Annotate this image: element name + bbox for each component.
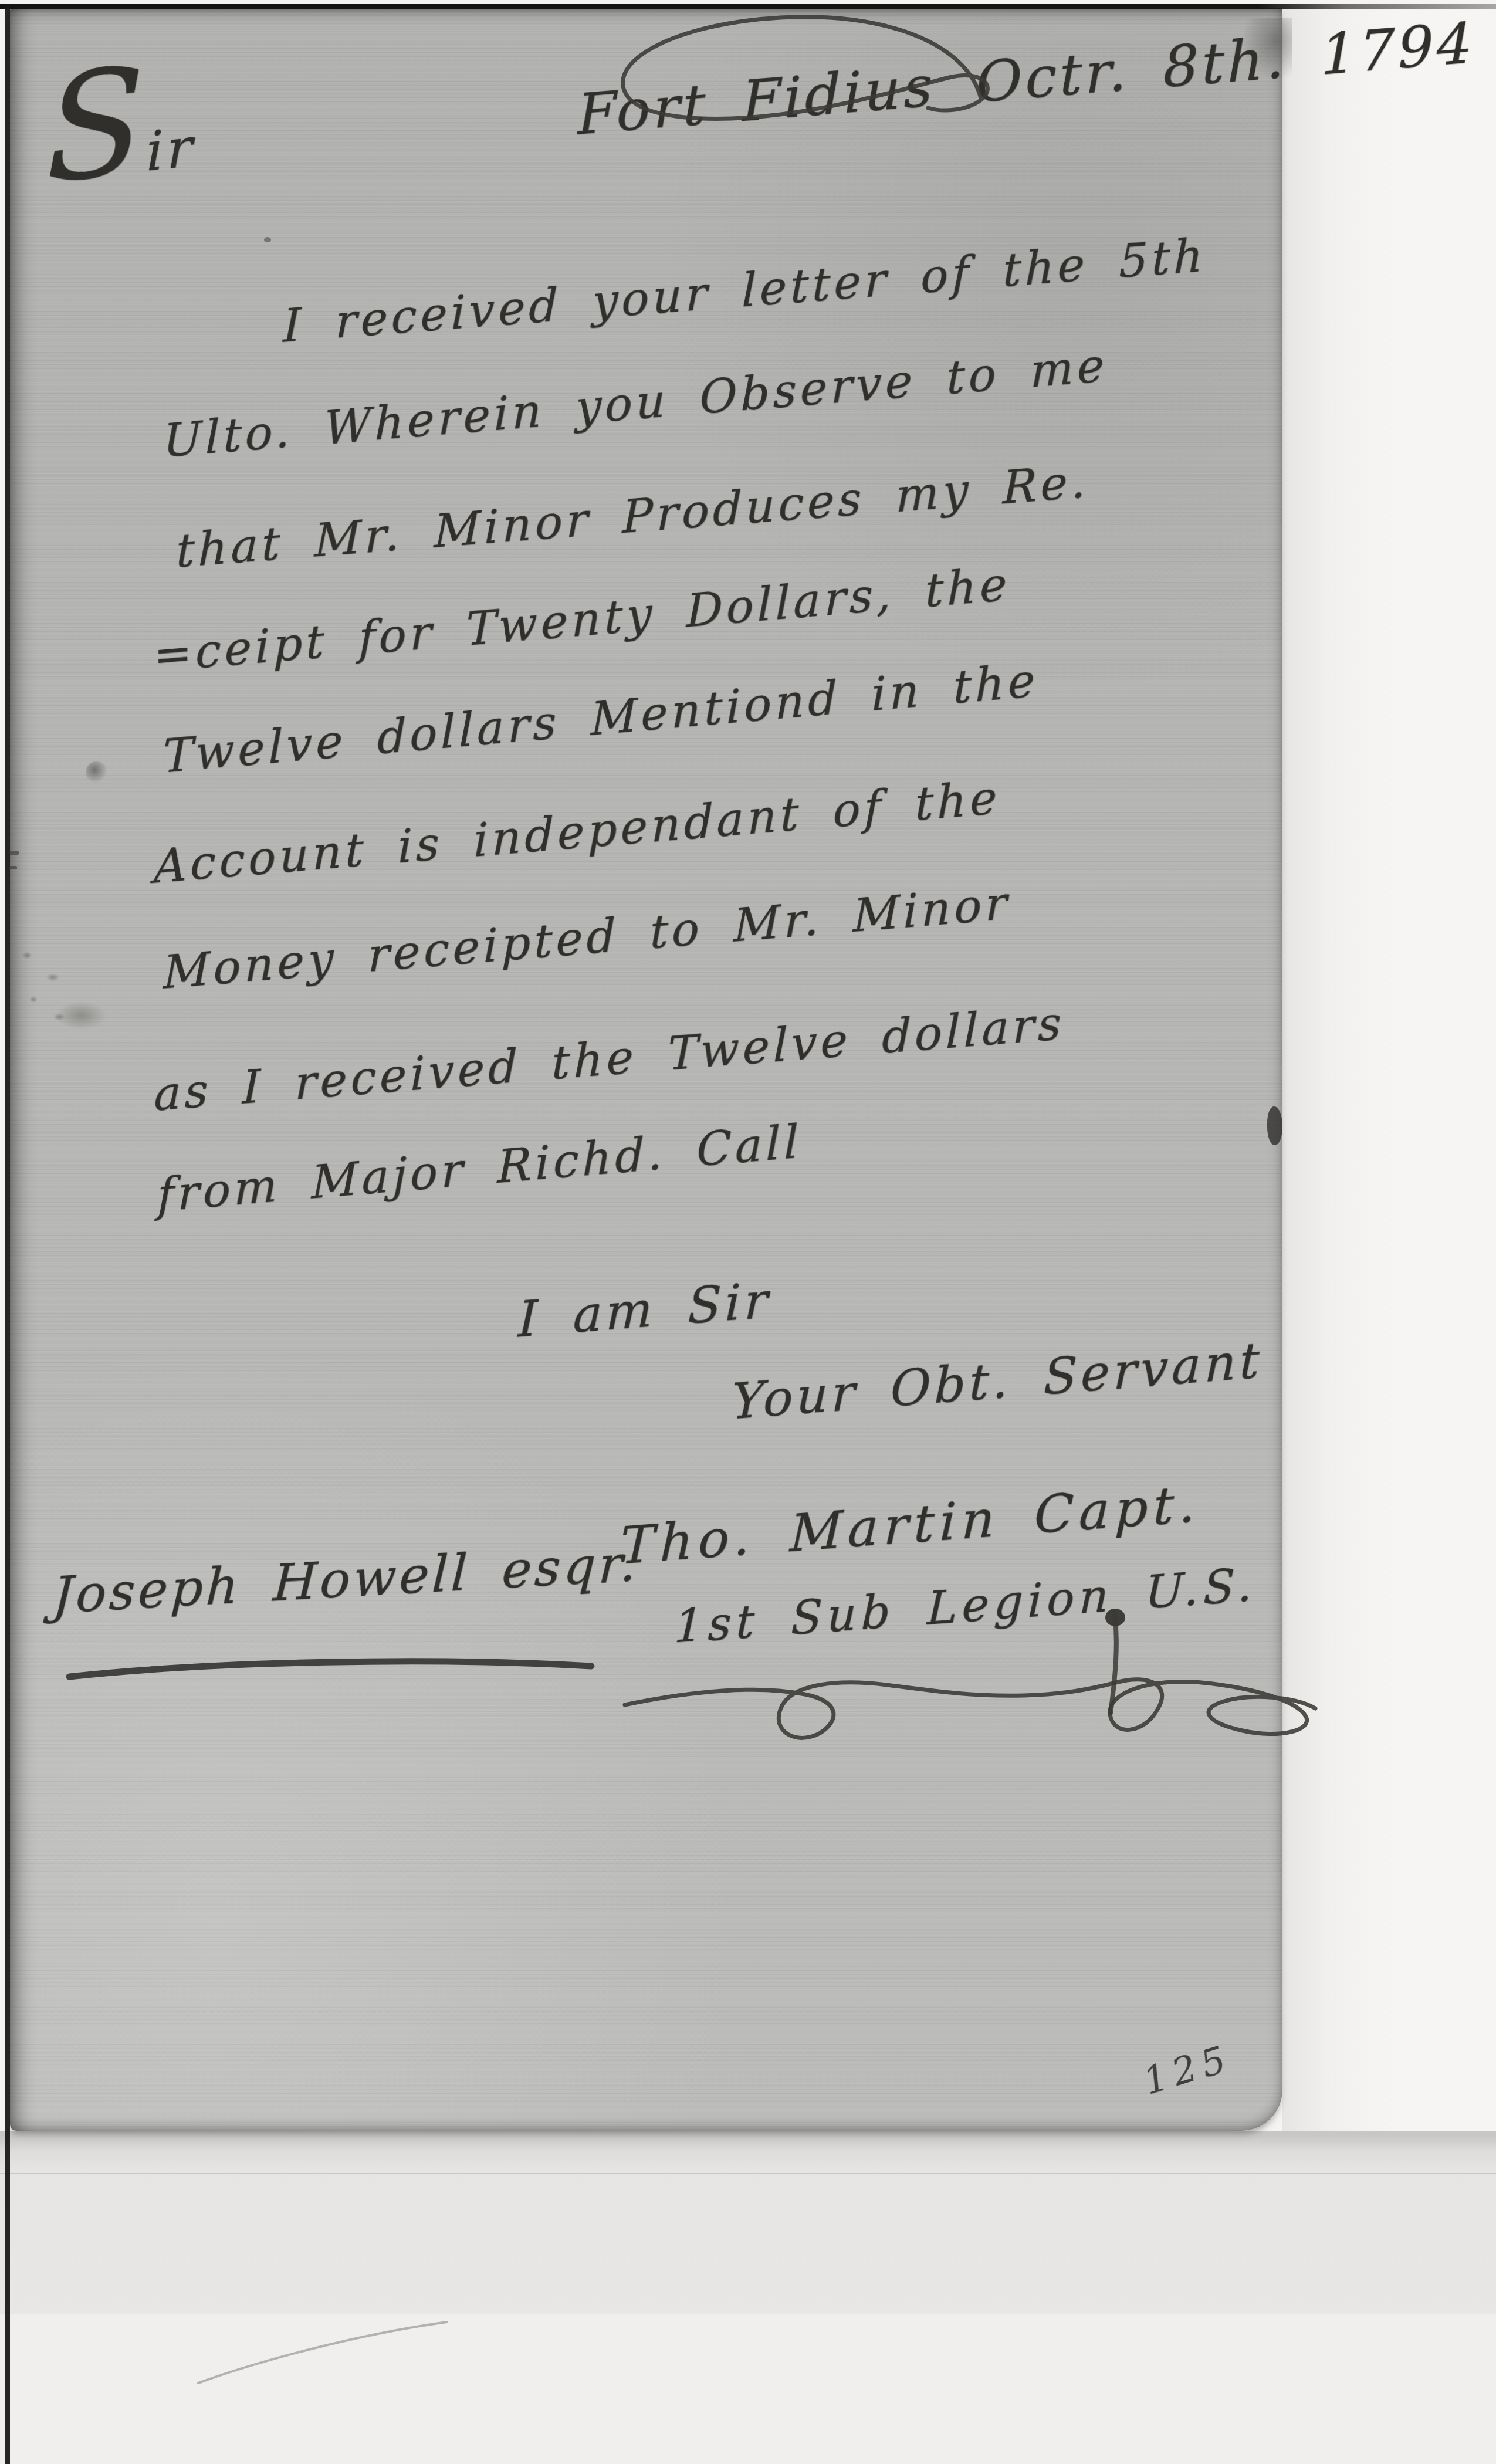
ink-speck [264, 237, 271, 242]
ink-smudge [86, 761, 108, 783]
scanned-letter-page: Fort FidiusOctr. 8th. 1794 Sir I receive… [0, 0, 1496, 2464]
scan-frame-left-line [5, 4, 10, 2464]
ink-smudge [53, 999, 109, 1033]
ink-blot-edge [1267, 1106, 1282, 1145]
scanner-seam-line [0, 2173, 1496, 2174]
scanner-background-lower-band [0, 2314, 1496, 2464]
salutation: Sir [46, 53, 196, 193]
scanner-background-band [0, 2131, 1496, 2314]
ink-blot [1105, 1609, 1125, 1626]
ink-speck [9, 866, 17, 869]
dateline-gap [936, 102, 977, 106]
scanner-background-right [1282, 8, 1496, 2131]
scan-frame-top-line [0, 4, 1496, 9]
ink-speck [9, 851, 19, 855]
